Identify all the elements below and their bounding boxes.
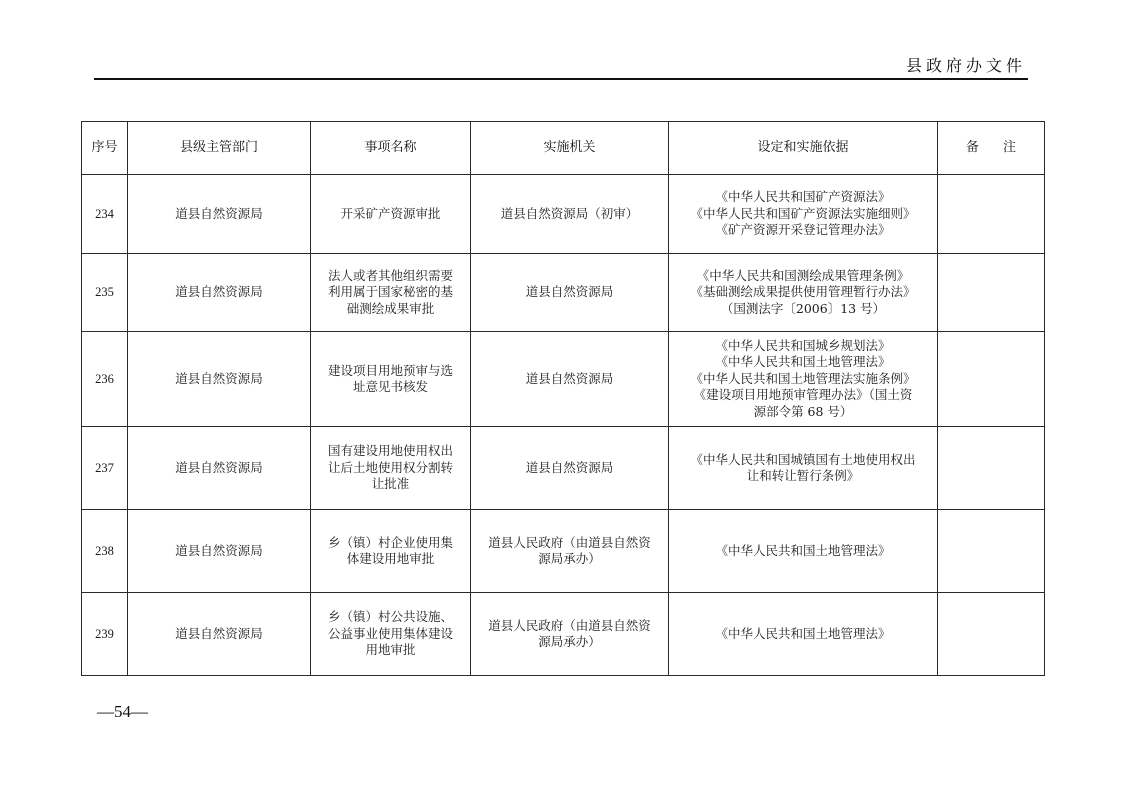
- basis-line: 让和转让暂行条例》: [673, 468, 933, 485]
- agency-line: 道县人民政府（由道县自然资: [475, 535, 664, 552]
- agency-line: 源局承办）: [475, 634, 664, 651]
- cell-note: [938, 175, 1045, 254]
- table-row: 235 道县自然资源局 法人或者其他组织需要 利用属于国家秘密的基 础测绘成果审…: [82, 254, 1045, 332]
- item-line: 建设项目用地预审与选: [315, 363, 466, 380]
- cell-item: 国有建设用地使用权出 让后土地使用权分割转 让批准: [311, 427, 471, 510]
- agency-line: 道县人民政府（由道县自然资: [475, 618, 664, 635]
- item-line: 础测绘成果审批: [315, 301, 466, 318]
- table-row: 234 道县自然资源局 开采矿产资源审批 道县自然资源局（初审） 《中华人民共和…: [82, 175, 1045, 254]
- cell-basis: 《中华人民共和国土地管理法》: [669, 593, 938, 676]
- cell-seq: 239: [82, 593, 128, 676]
- cell-item: 法人或者其他组织需要 利用属于国家秘密的基 础测绘成果审批: [311, 254, 471, 332]
- item-line: 公益事业使用集体建设: [315, 626, 466, 643]
- administrative-items-table: 序号 县级主管部门 事项名称 实施机关 设定和实施依据 备注 234 道县自然资…: [81, 121, 1045, 676]
- table-row: 238 道县自然资源局 乡（镇）村企业使用集 体建设用地审批 道县人民政府（由道…: [82, 510, 1045, 593]
- cell-seq: 234: [82, 175, 128, 254]
- table-row: 236 道县自然资源局 建设项目用地预审与选 址意见书核发 道县自然资源局 《中…: [82, 332, 1045, 427]
- basis-line: 《中华人民共和国测绘成果管理条例》: [673, 268, 933, 285]
- cell-basis: 《中华人民共和国土地管理法》: [669, 510, 938, 593]
- cell-basis: 《中华人民共和国城乡规划法》 《中华人民共和国土地管理法》 《中华人民共和国土地…: [669, 332, 938, 427]
- cell-basis: 《中华人民共和国城镇国有土地使用权出 让和转让暂行条例》: [669, 427, 938, 510]
- cell-dept: 道县自然资源局: [128, 332, 311, 427]
- cell-agency: 道县自然资源局（初审）: [471, 175, 669, 254]
- header-agency: 实施机关: [471, 122, 669, 175]
- basis-line: 《中华人民共和国城镇国有土地使用权出: [673, 452, 933, 469]
- item-line: 让后土地使用权分割转: [315, 460, 466, 477]
- cell-dept: 道县自然资源局: [128, 175, 311, 254]
- cell-item: 建设项目用地预审与选 址意见书核发: [311, 332, 471, 427]
- item-line: 址意见书核发: [315, 379, 466, 396]
- basis-line: 《矿产资源开采登记管理办法》: [673, 222, 933, 239]
- cell-dept: 道县自然资源局: [128, 254, 311, 332]
- cell-agency: 道县自然资源局: [471, 427, 669, 510]
- item-line: 乡（镇）村公共设施、: [315, 609, 466, 626]
- cell-dept: 道县自然资源局: [128, 510, 311, 593]
- agency-line: 道县自然资源局（初审）: [477, 206, 662, 223]
- header-seq: 序号: [82, 122, 128, 175]
- cell-dept: 道县自然资源局: [128, 427, 311, 510]
- basis-line: 《中华人民共和国城乡规划法》: [673, 338, 933, 355]
- cell-note: [938, 332, 1045, 427]
- basis-line: 《建设项目用地预审管理办法》（国土资: [673, 387, 933, 404]
- cell-agency: 道县人民政府（由道县自然资 源局承办）: [471, 593, 669, 676]
- table-header-row: 序号 县级主管部门 事项名称 实施机关 设定和实施依据 备注: [82, 122, 1045, 175]
- table-row: 237 道县自然资源局 国有建设用地使用权出 让后土地使用权分割转 让批准 道县…: [82, 427, 1045, 510]
- header-note-label: 备注: [966, 140, 1040, 155]
- basis-line: 《中华人民共和国矿产资源法》: [673, 189, 933, 206]
- header-note: 备注: [938, 122, 1045, 175]
- cell-note: [938, 254, 1045, 332]
- header-dept: 县级主管部门: [128, 122, 311, 175]
- cell-agency: 道县人民政府（由道县自然资 源局承办）: [471, 510, 669, 593]
- basis-line: 《中华人民共和国土地管理法》: [673, 543, 933, 560]
- cell-seq: 238: [82, 510, 128, 593]
- page-number: —54—: [97, 702, 148, 722]
- cell-agency: 道县自然资源局: [471, 254, 669, 332]
- header-basis: 设定和实施依据: [669, 122, 938, 175]
- basis-line: 《中华人民共和国土地管理法实施条例》: [673, 371, 933, 388]
- basis-line: 《中华人民共和国土地管理法》: [673, 354, 933, 371]
- basis-line: （国测法字〔2006〕13 号）: [673, 301, 933, 318]
- cell-basis: 《中华人民共和国矿产资源法》 《中华人民共和国矿产资源法实施细则》 《矿产资源开…: [669, 175, 938, 254]
- cell-seq: 235: [82, 254, 128, 332]
- running-head: 县政府办文件: [94, 56, 1028, 80]
- basis-line: 源部令第 68 号）: [673, 404, 933, 421]
- item-line: 开采矿产资源审批: [315, 206, 466, 223]
- basis-line: 《中华人民共和国土地管理法》: [673, 626, 933, 643]
- item-line: 让批准: [315, 476, 466, 493]
- item-line: 体建设用地审批: [315, 551, 466, 568]
- agency-line: 道县自然资源局: [477, 284, 662, 301]
- item-line: 乡（镇）村企业使用集: [315, 535, 466, 552]
- cell-note: [938, 593, 1045, 676]
- basis-line: 《中华人民共和国矿产资源法实施细则》: [673, 206, 933, 223]
- item-line: 法人或者其他组织需要: [315, 268, 466, 285]
- cell-note: [938, 510, 1045, 593]
- table-row: 239 道县自然资源局 乡（镇）村公共设施、 公益事业使用集体建设 用地审批 道…: [82, 593, 1045, 676]
- cell-item: 乡（镇）村企业使用集 体建设用地审批: [311, 510, 471, 593]
- cell-seq: 236: [82, 332, 128, 427]
- item-line: 利用属于国家秘密的基: [315, 284, 466, 301]
- cell-item: 乡（镇）村公共设施、 公益事业使用集体建设 用地审批: [311, 593, 471, 676]
- cell-agency: 道县自然资源局: [471, 332, 669, 427]
- header-item: 事项名称: [311, 122, 471, 175]
- basis-line: 《基础测绘成果提供使用管理暂行办法》: [673, 284, 933, 301]
- item-line: 国有建设用地使用权出: [315, 443, 466, 460]
- agency-line: 源局承办）: [475, 551, 664, 568]
- item-line: 用地审批: [315, 642, 466, 659]
- running-head-title: 县政府办文件: [906, 56, 1026, 76]
- agency-line: 道县自然资源局: [477, 460, 662, 477]
- agency-line: 道县自然资源局: [477, 371, 662, 388]
- cell-item: 开采矿产资源审批: [311, 175, 471, 254]
- cell-seq: 237: [82, 427, 128, 510]
- cell-note: [938, 427, 1045, 510]
- cell-dept: 道县自然资源局: [128, 593, 311, 676]
- cell-basis: 《中华人民共和国测绘成果管理条例》 《基础测绘成果提供使用管理暂行办法》 （国测…: [669, 254, 938, 332]
